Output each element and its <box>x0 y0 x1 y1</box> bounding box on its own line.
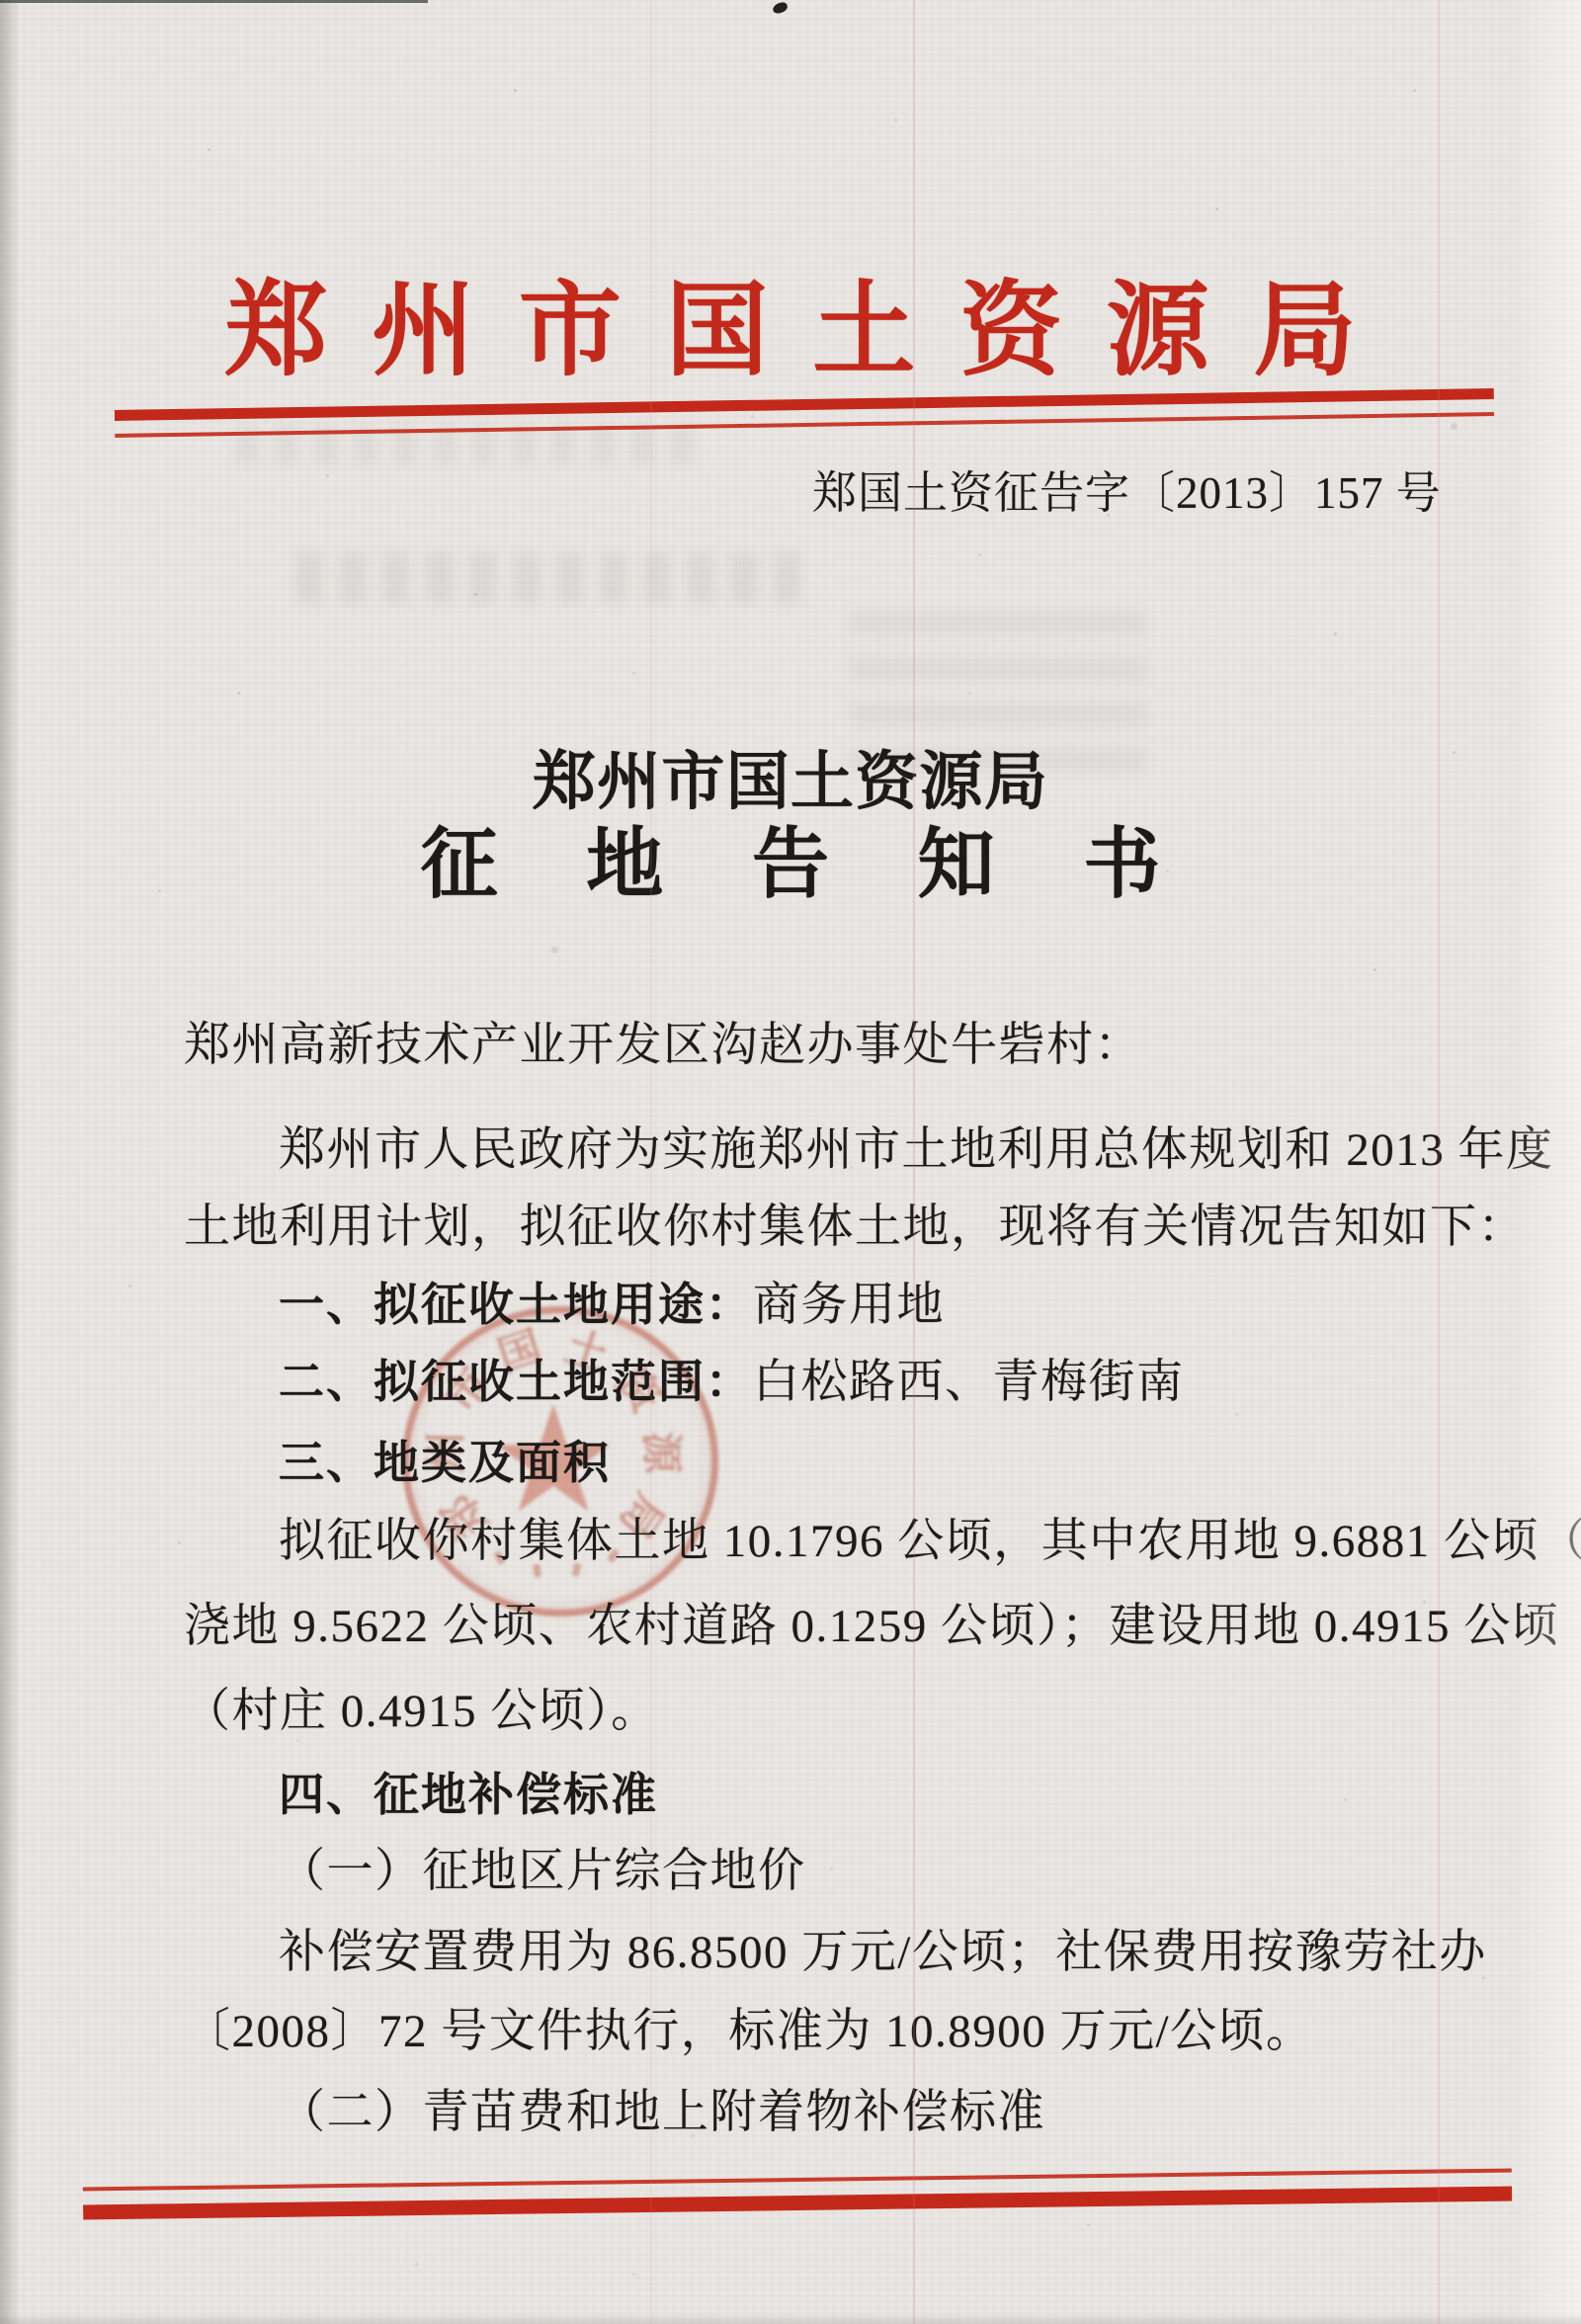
item2-value: 白松路西、青梅街南 <box>753 1357 1185 1408</box>
ink-dot-artifact <box>772 1 789 15</box>
document-title-line2: 征地告知书 <box>0 802 1581 913</box>
footer-double-rule <box>83 2169 1512 2220</box>
body-line-item3-text1: 拟征收你村集体土地 10.1796 公顷，其中农用地 9.6881 公顷（水 <box>279 1512 1581 1571</box>
agency-letterhead: 郑州市国土资源局 <box>0 247 1581 395</box>
body-line-item4-text2: 〔2008〕72 号文件执行，标准为 10.8900 万元/公顷。 <box>184 2002 1314 2061</box>
body-line-item4-sub2: （二）青苗费和地上附着物补偿标准 <box>279 2083 1045 2142</box>
body-line-item3-text2: 浇地 9.5622 公顷、农村道路 0.1259 公顷）；建设用地 0.4915… <box>184 1597 1559 1656</box>
body-line-item3-heading: 三、地类及面积 <box>279 1433 611 1493</box>
body-line-item4-text1: 补偿安置费用为 86.8500 万元/公顷；社保费用按豫劳社办 <box>279 1923 1487 1982</box>
scan-edge-strip <box>0 0 428 3</box>
body-line-item1: 一、拟征收土地用途：商务用地 <box>279 1275 945 1335</box>
scan-edge-highlight <box>1512 0 1581 2324</box>
rule-thick-line <box>83 2187 1512 2220</box>
body-line-item3-text3: （村庄 0.4915 公顷）。 <box>184 1682 659 1741</box>
body-line-intro-2: 土地利用计划，拟征收你村集体土地，现将有关情况告知如下： <box>184 1198 1526 1257</box>
body-line-item4-heading: 四、征地补偿标准 <box>279 1765 658 1825</box>
scan-edge-shadow <box>0 0 20 2324</box>
body-line-item2: 二、拟征收土地范围：白松路西、青梅街南 <box>279 1352 1185 1412</box>
scan-edge-shadow <box>0 2314 1581 2324</box>
item2-label: 二、拟征收土地范围： <box>279 1356 753 1407</box>
item1-label: 一、拟征收土地用途： <box>279 1279 753 1330</box>
item3-label: 三、地类及面积 <box>279 1437 611 1488</box>
seal-arc-char: 源 <box>633 1431 695 1474</box>
letterhead-double-rule <box>115 388 1494 438</box>
item4-label: 四、征地补偿标准 <box>279 1769 658 1820</box>
rule-thin-line <box>83 2169 1512 2192</box>
item1-value: 商务用地 <box>753 1280 945 1331</box>
scanned-document-page: 郑州市国土资源局 郑国土资征告字〔2013〕157 号 ★ 郑州市国土资源局 郑… <box>0 0 1581 2324</box>
body-line-salutation: 郑州高新技术产业开发区沟赵办事处牛砦村： <box>184 1016 1142 1075</box>
body-line-item4-sub1: （一）征地区片综合地价 <box>279 1842 806 1901</box>
bleed-through-smudge <box>296 553 810 603</box>
document-number: 郑国土资征告字〔2013〕157 号 <box>812 456 1442 521</box>
body-line-intro-1: 郑州市人民政府为实施郑州市土地利用总体规划和 2013 年度 <box>279 1120 1554 1180</box>
